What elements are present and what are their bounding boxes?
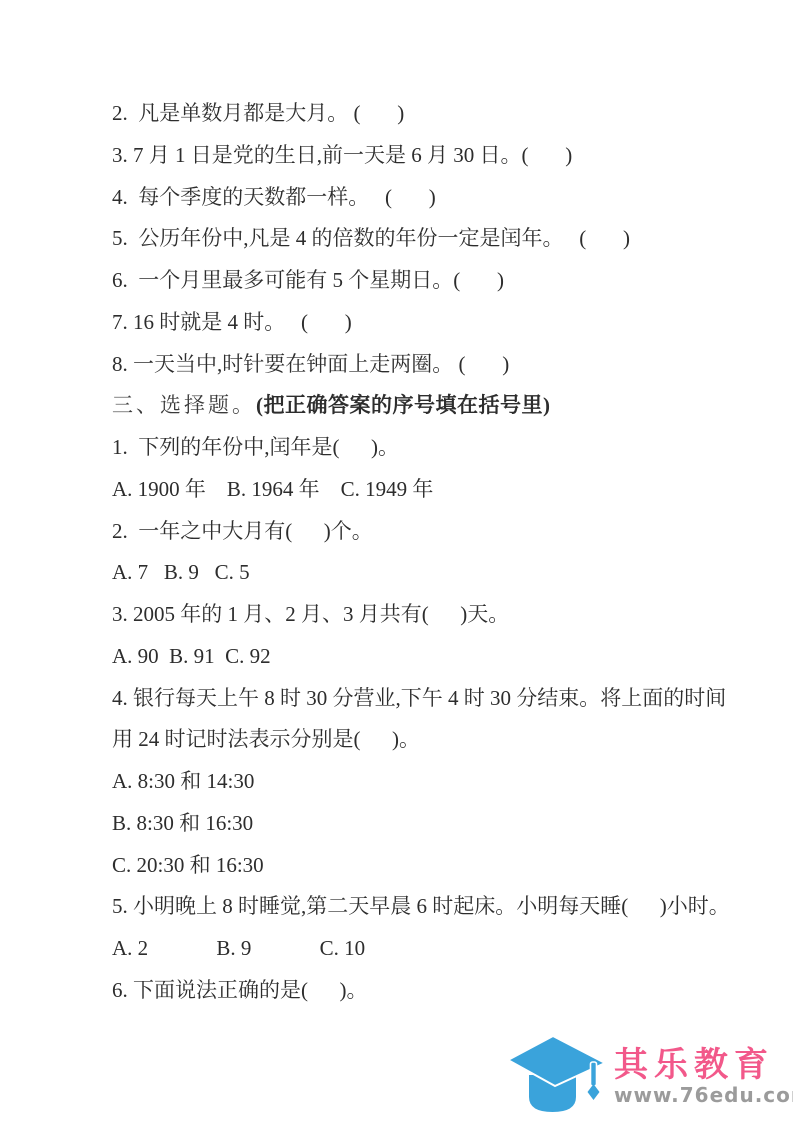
graduation-cap-icon — [508, 1035, 608, 1115]
choice-question: 4. 银行每天上午 8 时 30 分营业,下午 4 时 30 分结束。将上面的时… — [112, 685, 752, 727]
choice-question: 5. 小明晚上 8 时睡觉,第二天早晨 6 时起床。小明每天睡( )小时。 — [112, 893, 752, 935]
choice-options: B. 8:30 和 16:30 — [112, 810, 752, 852]
choice-question: 6. 下面说法正确的是( )。 — [112, 977, 752, 1019]
choice-question: 1. 下列的年份中,闰年是( )。 — [112, 434, 752, 476]
choice-options: A. 8:30 和 14:30 — [112, 768, 752, 810]
choice-question: 用 24 时记时法表示分别是( )。 — [112, 726, 752, 768]
truefalse-question: 6. 一个月里最多可能有 5 个星期日。( ) — [112, 267, 752, 309]
truefalse-question: 4. 每个季度的天数都一样。 ( ) — [112, 184, 752, 226]
choice-options: A. 1900 年 B. 1964 年 C. 1949 年 — [112, 476, 752, 518]
section-instruction: (把正确答案的序号填在括号里) — [256, 393, 551, 417]
worksheet-page: 2. 凡是单数月都是大月。 ( )3. 7 月 1 日是党的生日,前一天是 6 … — [0, 0, 793, 1122]
choice-question: 3. 2005 年的 1 月、2 月、3 月共有( )天。 — [112, 601, 752, 643]
truefalse-question: 2. 凡是单数月都是大月。 ( ) — [112, 100, 752, 142]
section-header: 三、选择题。(把正确答案的序号填在括号里) — [112, 392, 752, 434]
truefalse-question: 7. 16 时就是 4 时。 ( ) — [112, 309, 752, 351]
truefalse-question: 5. 公历年份中,凡是 4 的倍数的年份一定是闰年。 ( ) — [112, 225, 752, 267]
truefalse-question: 8. 一天当中,时针要在钟面上走两圈。 ( ) — [112, 351, 752, 393]
choice-question: 2. 一年之中大月有( )个。 — [112, 518, 752, 560]
watermark-logo: 其乐教育 www.76edu.com — [508, 1035, 793, 1115]
brand-url: www.76edu.com — [614, 1085, 793, 1105]
worksheet-body: 2. 凡是单数月都是大月。 ( )3. 7 月 1 日是党的生日,前一天是 6 … — [112, 100, 752, 1019]
choice-options: A. 90 B. 91 C. 92 — [112, 643, 752, 685]
truefalse-question: 3. 7 月 1 日是党的生日,前一天是 6 月 30 日。( ) — [112, 142, 752, 184]
section-title: 三、选择题。 — [112, 393, 256, 417]
choice-options: A. 2 B. 9 C. 10 — [112, 935, 752, 977]
watermark-text: 其乐教育 www.76edu.com — [614, 1035, 793, 1105]
brand-name: 其乐教育 — [614, 1048, 793, 1082]
choice-options: C. 20:30 和 16:30 — [112, 852, 752, 894]
choice-options: A. 7 B. 9 C. 5 — [112, 559, 752, 601]
